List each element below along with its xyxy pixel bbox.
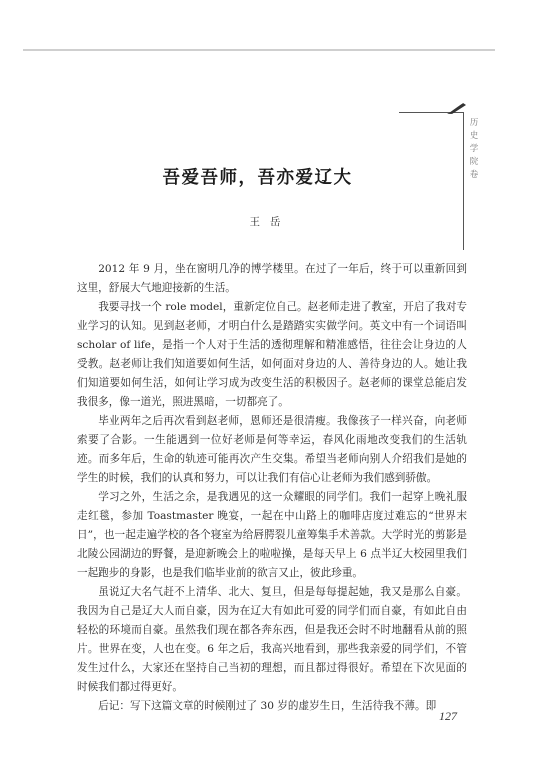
- section-label-char: 学: [468, 143, 480, 156]
- article-title: 吾爱吾师，吾亦爱辽大: [0, 164, 515, 189]
- paragraph: 后记：写下这篇文章的时候刚过了 30 岁的虚岁生日，生活待我不薄。即: [77, 697, 467, 716]
- paragraph: 学习之外，生活之余，是我遇见的这一众耀眼的同学们。我们一起穿上晚礼服走红毯，参加…: [77, 488, 467, 583]
- pencil-icon: [447, 102, 467, 114]
- header-rule: [23, 49, 495, 51]
- article-body: 2012 年 9 月，坐在窗明几净的博学楼里。在过了一年后，终于可以重新回到这里…: [77, 260, 467, 716]
- section-label-char: 史: [468, 130, 480, 143]
- paragraph: 2012 年 9 月，坐在窗明几净的博学楼里。在过了一年后，终于可以重新回到这里…: [77, 260, 467, 298]
- paragraph: 毕业两年之后再次看到赵老师，恩师还是很清瘦。我像孩子一样兴奋，向老师索要了合影。…: [77, 412, 467, 488]
- paragraph: 虽说辽大名气赶不上清华、北大、复旦，但是每每提起她，我又是那么自豪。我因为自己是…: [77, 583, 467, 697]
- section-label-char: 历: [468, 117, 480, 130]
- article-author: 王岳: [0, 214, 540, 229]
- page-number: 127: [439, 709, 457, 724]
- paragraph: 我要寻找一个 role model，重新定位自己。赵老师走进了教室，开启了我对专…: [77, 298, 467, 412]
